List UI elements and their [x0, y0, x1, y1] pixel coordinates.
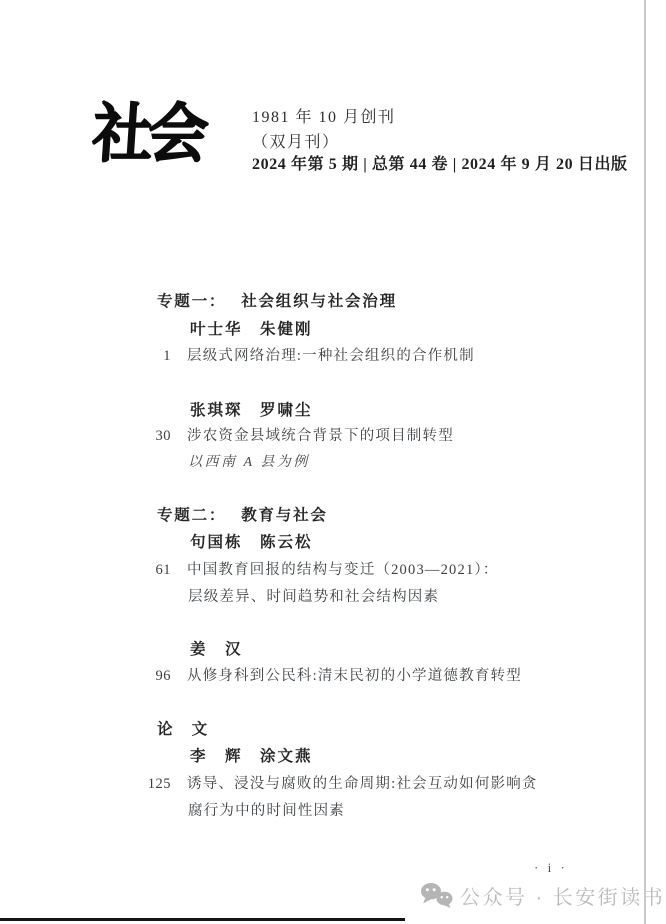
- section-header: 论 文: [157, 717, 224, 739]
- entry-page-number: 1: [140, 348, 171, 365]
- toc-entry: 61中国教育回报的结构与变迁（2003—2021）：: [140, 558, 499, 579]
- wechat-icon: [420, 882, 453, 909]
- footer-watermark: 公众号 · 长安街读书会: [420, 881, 666, 910]
- toc-entry: 1层级式网络治理:一种社会组织的合作机制: [140, 344, 475, 365]
- section-label: 专题二：: [157, 507, 226, 524]
- section-title: 社会组织与社会治理: [241, 293, 397, 310]
- section-header: 专题一：社会组织与社会治理: [157, 289, 397, 311]
- bottom-crop-line: [0, 918, 405, 921]
- frequency-line: （双月刊）: [252, 129, 340, 152]
- page-edge-line: [644, 0, 646, 924]
- entry-title: 从修身科到公民科:清末民初的小学道德教育转型: [187, 668, 522, 684]
- entry-page-number: 61: [140, 562, 171, 579]
- toc-entry: 125诱导、浸没与腐败的生命周期:社会互动如何影响贪: [140, 772, 538, 793]
- entry-title: 诱导、浸没与腐败的生命周期:社会互动如何影响贪: [187, 776, 538, 792]
- entry-title: 中国教育回报的结构与变迁（2003—2021）：: [187, 562, 499, 578]
- author-line: 句国栋 陈云松: [190, 530, 313, 552]
- journal-toc-page: 社会 1981 年 10 月创刊 （双月刊） 2024 年第 5 期 | 总第 …: [0, 0, 666, 924]
- watermark-label: 公众号 · 长安街读书会: [460, 881, 666, 910]
- section-label: 专题一：: [157, 293, 226, 310]
- section-label: 论 文: [157, 721, 209, 738]
- founded-line: 1981 年 10 月创刊: [252, 104, 396, 127]
- author-line: 李 辉 涂文燕: [190, 744, 313, 766]
- author-line: 叶士华 朱健刚: [190, 317, 313, 339]
- entry-title: 层级式网络治理:一种社会组织的合作机制: [187, 348, 475, 364]
- issue-info-line: 2024 年第 5 期 | 总第 44 卷 | 2024 年 9 月 20 日出…: [252, 151, 628, 174]
- journal-logo-calligraphy: 社会: [89, 94, 205, 174]
- page-number-marker: · i ·: [534, 860, 568, 876]
- section-title: 教育与社会: [241, 507, 328, 524]
- author-line: 姜 汉: [190, 637, 243, 659]
- toc-entry: 30涉农资金县域统合背景下的项目制转型: [140, 424, 454, 445]
- entry-title-continuation: 腐行为中的时间性因素: [188, 799, 345, 820]
- entry-page-number: 125: [140, 776, 171, 793]
- section-header: 专题二：教育与社会: [157, 503, 328, 525]
- entry-subtitle: 以西南 A 县为例: [188, 451, 310, 471]
- entry-title-continuation: 层级差异、时间趋势和社会结构因素: [188, 585, 439, 606]
- author-line: 张琪琛 罗啸尘: [190, 398, 313, 420]
- entry-page-number: 30: [140, 428, 171, 445]
- entry-page-number: 96: [140, 668, 171, 685]
- entry-title: 涉农资金县域统合背景下的项目制转型: [187, 428, 454, 444]
- toc-entry: 96从修身科到公民科:清末民初的小学道德教育转型: [140, 664, 522, 685]
